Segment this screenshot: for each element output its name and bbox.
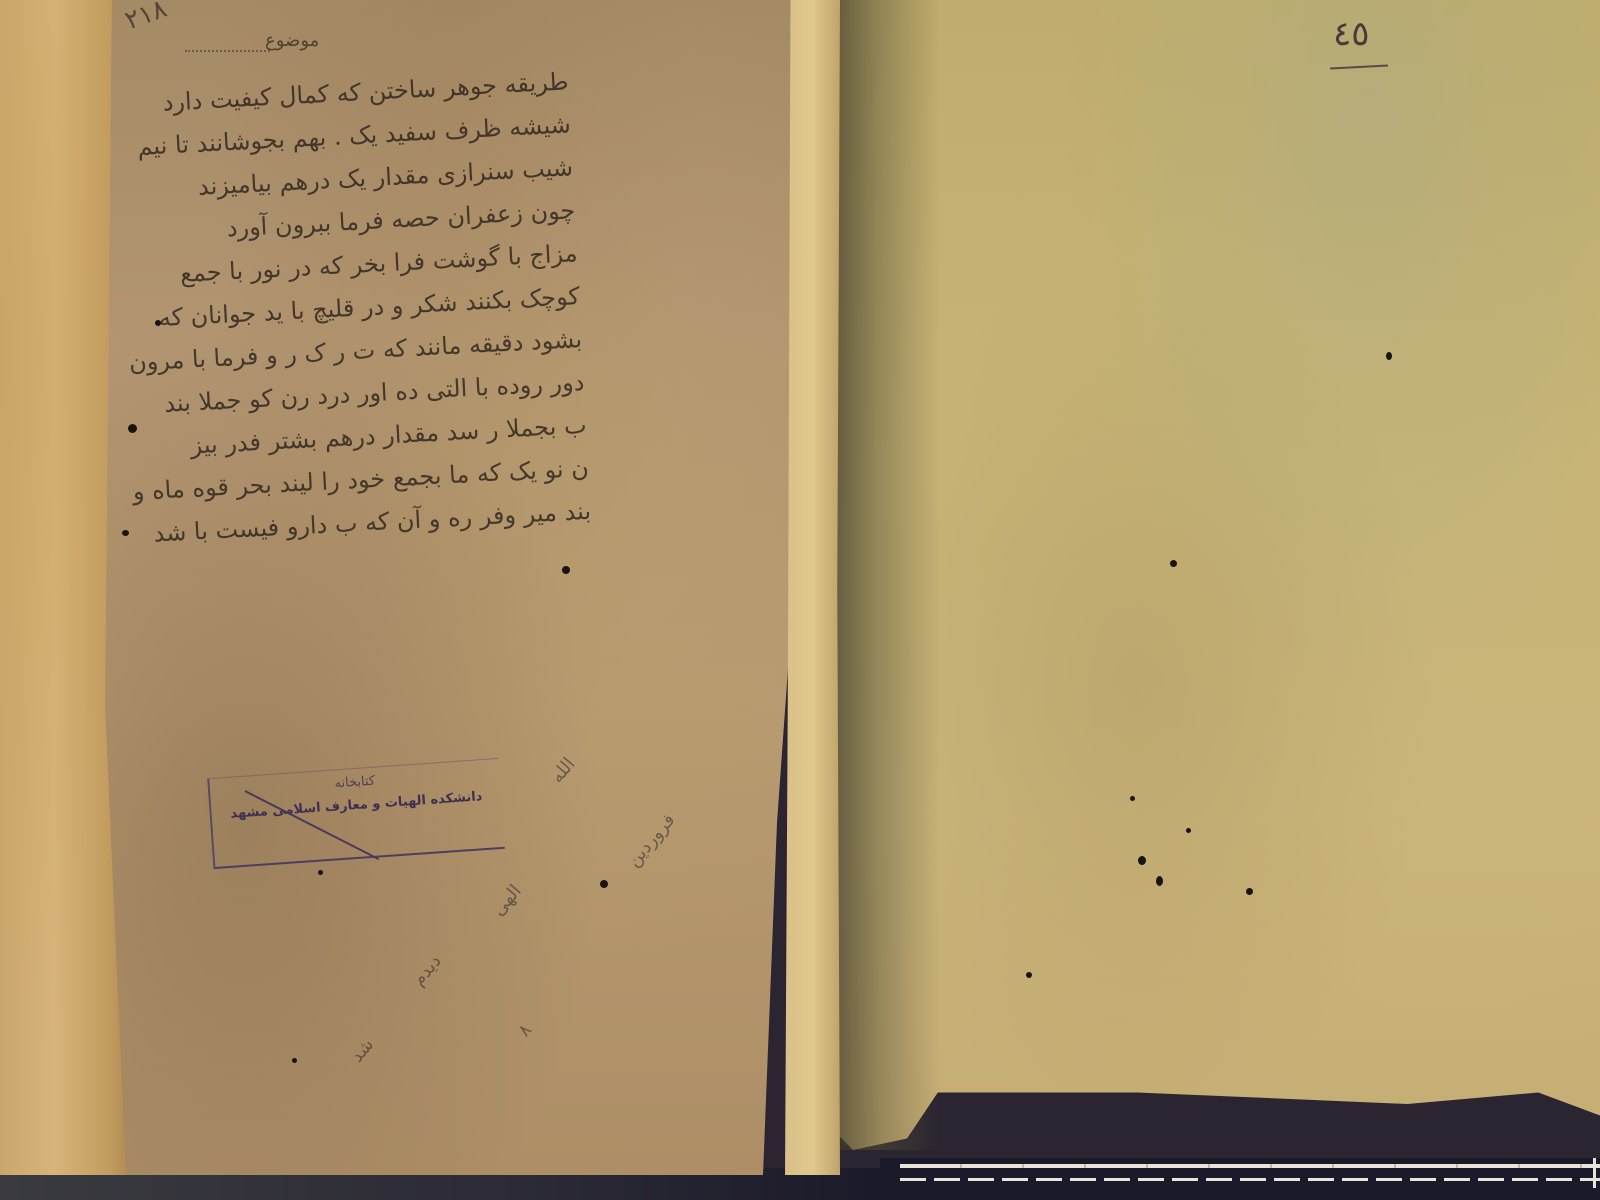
ruler-scale-line (900, 1164, 1600, 1168)
ruler-scale-dashes (900, 1178, 1600, 1181)
marginal-note: شد (346, 1034, 378, 1066)
worm-hole (1170, 560, 1177, 567)
worm-hole (292, 1058, 297, 1063)
worm-hole (1130, 796, 1135, 801)
worm-hole (318, 870, 323, 875)
marginal-note: الهی (488, 881, 526, 920)
worm-hole (128, 424, 137, 433)
gutter-shadow (830, 0, 940, 1150)
ruler-end-tick (1593, 1158, 1596, 1188)
worm-hole (1138, 856, 1146, 865)
worm-hole (1156, 876, 1163, 886)
worm-hole (1386, 352, 1392, 360)
worm-hole (1186, 828, 1191, 833)
worm-hole (600, 880, 608, 888)
worm-hole (122, 530, 129, 536)
handwritten-text: طریقه جوهر ساختن که کمال کیفیت دارد شیشه… (188, 60, 592, 552)
right-page (830, 0, 1600, 1150)
marginal-note: الله (547, 754, 580, 787)
marginal-note: فروردین (623, 810, 679, 871)
marginal-note: دیدم (408, 951, 446, 990)
gutter-fold (785, 0, 840, 1175)
marginal-scribbles: الله فروردین الهی دیدم شد ۸ (290, 720, 750, 1120)
folio-number: ٤٥ (1333, 14, 1370, 54)
header-dotted-line (185, 50, 270, 52)
subject-label: موضوع (265, 30, 319, 51)
worm-hole (562, 566, 570, 574)
worm-hole (155, 320, 161, 326)
worm-hole (1246, 888, 1253, 895)
marginal-note: ۸ (514, 1020, 536, 1041)
worm-hole (1026, 972, 1032, 978)
manuscript-photo: ۲۱۸ موضوع طریقه جوهر ساختن که کمال کیفیت… (0, 0, 1600, 1200)
measurement-ruler (880, 1158, 1600, 1200)
